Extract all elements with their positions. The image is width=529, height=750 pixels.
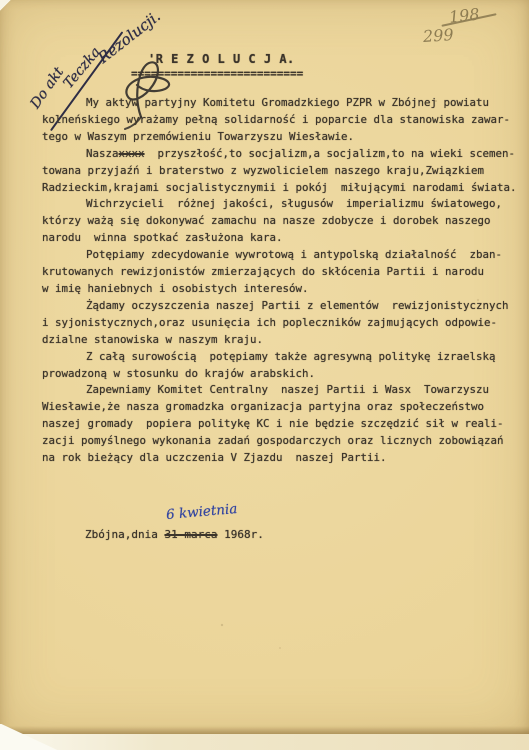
page-number: 299 (422, 25, 454, 46)
document-body: My aktyw partyjny Komitetu Gromadzkiego … (42, 95, 522, 467)
dateline-text: 1968r. (217, 528, 263, 541)
doc-line-with-correction: Naszaxxxx przyszłość,to socjalizm,a socj… (42, 146, 522, 163)
doc-line: Z całą surowością potępiamy także agresy… (42, 349, 522, 366)
doc-line: i syjonistycznych,oraz usunięcia ich pop… (42, 315, 522, 332)
dateline-struck-date: 31 marca (164, 528, 217, 541)
scan-background (0, 734, 529, 750)
doc-line: w imię haniebnych i osobistych interesów… (42, 281, 522, 298)
doc-line: Żądamy oczyszczenia naszej Partii z elem… (42, 298, 522, 315)
doc-line: My aktyw partyjny Komitetu Gromadzkiego … (42, 95, 522, 112)
doc-line: dzialne stanowiska w naszym kraju. (42, 332, 522, 349)
doc-line: Zapewniamy Komitet Centralny naszej Part… (42, 382, 522, 399)
paper-corner (0, 0, 16, 14)
doc-line: prowadzoną w stosunku do krajów arabskic… (42, 366, 522, 383)
doc-line: Wiesławie,że nasza gromadzka organizacja… (42, 399, 522, 416)
scan-background-corner (0, 724, 70, 750)
doc-line: krutowanych rewizjonistów zmierzających … (42, 264, 522, 281)
doc-line: kolneńskiego wyrażamy pełną solidarność … (42, 112, 522, 129)
doc-line: zacji pomyślnego wykonania zadań gospoda… (42, 433, 522, 450)
doc-text: przyszłość,to socjalizm,a socjalizm,to n… (145, 147, 516, 160)
doc-line: tego w Waszym przemówieniu Towarzyszu Wi… (42, 129, 522, 146)
paper-bottom-crease (0, 726, 529, 734)
doc-line: Potępiamy zdecydowanie wywrotową i antyp… (42, 247, 522, 264)
doc-line: którzy ważą się dokonywać zamachu na nas… (42, 213, 522, 230)
document-title: 'R E Z O L U C J A. (148, 52, 295, 66)
doc-line: towana przyjaźń i braterstwo z wyzwolici… (42, 163, 522, 180)
title-underline: ========================== (131, 67, 303, 80)
doc-text: Nasza (86, 147, 119, 160)
doc-line: na rok bieżący dla uczczenia V Zjazdu na… (42, 450, 522, 467)
doc-line: naszej gromady popiera politykę KC i nie… (42, 416, 522, 433)
typed-strikeout: xxxx (119, 147, 145, 160)
doc-line: Radzieckim,krajami socjalistycznymii i p… (42, 180, 522, 197)
dateline-text: Zbójna,dnia (85, 528, 164, 541)
doc-line: Wichrzycieli różnej jakości, sługusów im… (42, 196, 522, 213)
doc-line: narodu winna spotkać zasłużona kara. (42, 230, 522, 247)
dateline: Zbójna,dnia 31 marca 1968r. (85, 528, 264, 541)
